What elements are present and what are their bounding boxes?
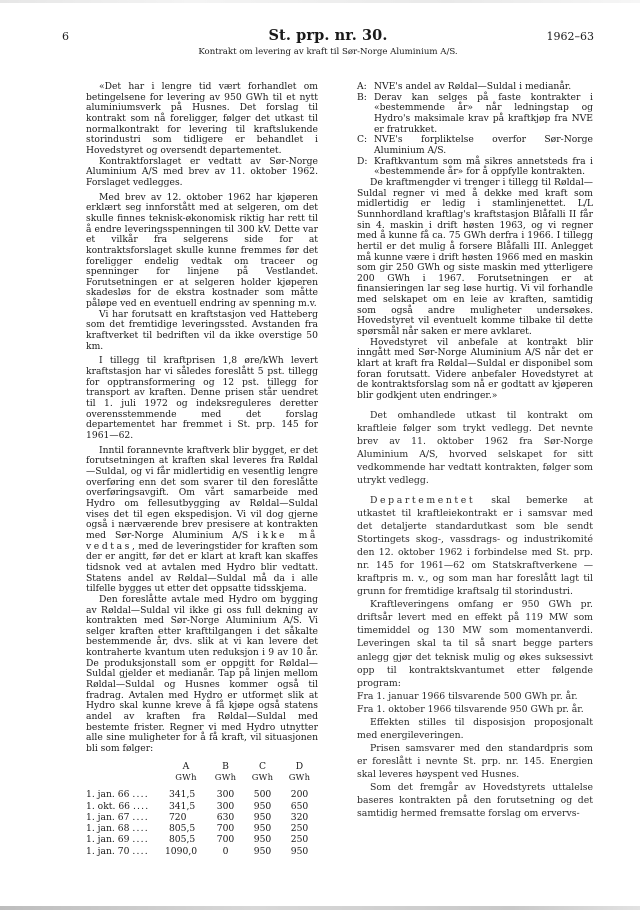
legend-text: Kraftkvantum som må sikres annetsteds fr… xyxy=(374,157,593,178)
row-date: 1. jan. 67 xyxy=(86,812,129,823)
leader-dots: .... xyxy=(132,846,148,857)
paragraph: I tillegg til kraftprisen 1,8 øre/kWh le… xyxy=(86,356,318,441)
table-row: 1. jan. 70 .... 1090,0 0 950 950 xyxy=(86,846,318,857)
table-legend: A: NVE's andel av Røldal—Suldal i median… xyxy=(357,82,593,178)
legend-text: Derav kan selges på faste kontrakter i «… xyxy=(374,93,593,136)
department-text: skal bemerke at utkastet til kraftleieko… xyxy=(357,495,593,597)
program-line: Fra 1. januar 1966 tilsvarende 500 GWh p… xyxy=(357,690,593,703)
body-text: Det omhandlede utkast til kontrakt om kr… xyxy=(357,409,593,820)
cell-c: 500 xyxy=(244,789,281,800)
cell-d: 320 xyxy=(281,812,318,823)
cell-a: 341,5 xyxy=(165,801,207,812)
row-date: 1. okt. 66 xyxy=(86,801,130,812)
session-year: 1962–63 xyxy=(547,30,595,43)
row-date: 1. jan. 70 xyxy=(86,846,129,857)
cell-a: 720 xyxy=(165,812,207,823)
column-header-d: D xyxy=(281,761,318,772)
paragraph: Kraftleveringens omfang er 950 GWh pr. d… xyxy=(357,598,593,689)
leader-dots: .... xyxy=(132,834,148,845)
column-unit-c: GWh xyxy=(244,772,281,789)
cell-c: 950 xyxy=(244,812,281,823)
cell-b: 300 xyxy=(207,789,244,800)
cell-b: 700 xyxy=(207,834,244,845)
leader-dots: .... xyxy=(132,823,148,834)
row-date: 1. jan. 69 xyxy=(86,834,129,845)
legend-key: D: xyxy=(357,157,374,178)
cell-c: 950 xyxy=(244,846,281,857)
cell-d: 250 xyxy=(281,823,318,834)
document-subtitle: Kontrakt om levering av kraft til Sør-No… xyxy=(62,47,594,57)
column-unit-a: GWh xyxy=(165,772,207,789)
paragraph: Med brev av 12. oktober 1962 har kjøpere… xyxy=(86,193,318,310)
legend-key: B: xyxy=(357,93,374,136)
document-title: St. prp. nr. 30. xyxy=(62,27,594,44)
cell-d: 200 xyxy=(281,789,318,800)
table-row: 1. jan. 68 .... 805,5 700 950 250 xyxy=(86,823,318,834)
paragraph: Det omhandlede utkast til kontrakt om kr… xyxy=(357,409,593,487)
row-date: 1. jan. 68 xyxy=(86,823,129,834)
column-header-b: B xyxy=(207,761,244,772)
table-row: 1. okt. 66 .... 341,5 300 950 650 xyxy=(86,801,318,812)
table-header-row: A B C D xyxy=(86,761,318,772)
page-header: 6 St. prp. nr. 30. Kontrakt om levering … xyxy=(62,26,594,62)
leader-dots: .... xyxy=(132,789,148,800)
paragraph: Vi har forutsatt en kraftstasjon ved Hat… xyxy=(86,310,318,353)
interim-paragraph: Inntil forannevnte kraftverk blir bygget… xyxy=(86,446,318,595)
cell-d: 650 xyxy=(281,801,318,812)
paragraph: «Det har i lengre tid vært forhandlet om… xyxy=(86,82,318,157)
paragraph: Effekten stilles til disposisjon proposj… xyxy=(357,716,593,742)
cell-a: 341,5 xyxy=(165,789,207,800)
interim-text-before: Inntil forannevnte kraftverk blir bygget… xyxy=(86,445,318,541)
right-column: A: NVE's andel av Røldal—Suldal i median… xyxy=(357,82,593,820)
leader-dots: .... xyxy=(133,801,149,812)
paragraph: Prisen samsvarer med den standardpris so… xyxy=(357,742,593,781)
row-date: 1. jan. 66 xyxy=(86,789,129,800)
table-unit-row: GWh GWh GWh GWh xyxy=(86,772,318,789)
cell-c: 950 xyxy=(244,801,281,812)
program-line: Fra 1. oktober 1966 tilsvarende 950 GWh … xyxy=(357,703,593,716)
cell-b: 300 xyxy=(207,801,244,812)
paragraph: Hovedstyret vil anbefale at kontrakt bli… xyxy=(357,338,593,402)
scan-edge-bottom xyxy=(0,906,640,910)
legend-item-c: C: NVE's forpliktelse overfor Sør-Norge … xyxy=(357,135,593,156)
cell-c: 950 xyxy=(244,823,281,834)
cell-a: 805,5 xyxy=(165,823,207,834)
table-row: 1. jan. 66 .... 341,5 300 500 200 xyxy=(86,789,318,800)
column-unit-b: GWh xyxy=(207,772,244,789)
cell-d: 950 xyxy=(281,846,318,857)
leader-dots: .... xyxy=(132,812,148,823)
department-paragraph: Departementet skal bemerke at utkastet t… xyxy=(357,494,593,598)
table-row: 1. jan. 69 .... 805,5 700 950 250 xyxy=(86,834,318,845)
paragraph: Som det fremgår av Hovedstyrets uttalels… xyxy=(357,781,593,820)
spaced-word: Departementet xyxy=(370,495,475,506)
legend-text: NVE's forpliktelse overfor Sør-Norge Alu… xyxy=(374,135,593,156)
cell-c: 950 xyxy=(244,834,281,845)
legend-item-b: B: Derav kan selges på faste kontrakter … xyxy=(357,93,593,136)
legend-key: C: xyxy=(357,135,374,156)
gwh-table: A B C D GWh GWh GWh GWh 1. jan. 66 .... … xyxy=(86,761,318,857)
cell-a: 805,5 xyxy=(165,834,207,845)
cell-b: 0 xyxy=(207,846,244,857)
paragraph: Den foreslåtte avtale med Hydro om byggi… xyxy=(86,595,318,755)
cell-d: 250 xyxy=(281,834,318,845)
cell-a: 1090,0 xyxy=(165,846,207,857)
column-header-a: A xyxy=(165,761,207,772)
legend-item-d: D: Kraftkvantum som må sikres annetsteds… xyxy=(357,157,593,178)
paragraph: Kontraktforslaget er vedtatt av Sør-Norg… xyxy=(86,157,318,189)
paragraph: De kraftmengder vi trenger i tillegg til… xyxy=(357,178,593,338)
table-row: 1. jan. 67 .... 720 630 950 320 xyxy=(86,812,318,823)
column-header-c: C xyxy=(244,761,281,772)
left-column: «Det har i lengre tid vært forhandlet om… xyxy=(86,82,318,857)
scan-edge-top xyxy=(0,0,640,3)
column-unit-d: GWh xyxy=(281,772,318,789)
cell-b: 630 xyxy=(207,812,244,823)
cell-b: 700 xyxy=(207,823,244,834)
